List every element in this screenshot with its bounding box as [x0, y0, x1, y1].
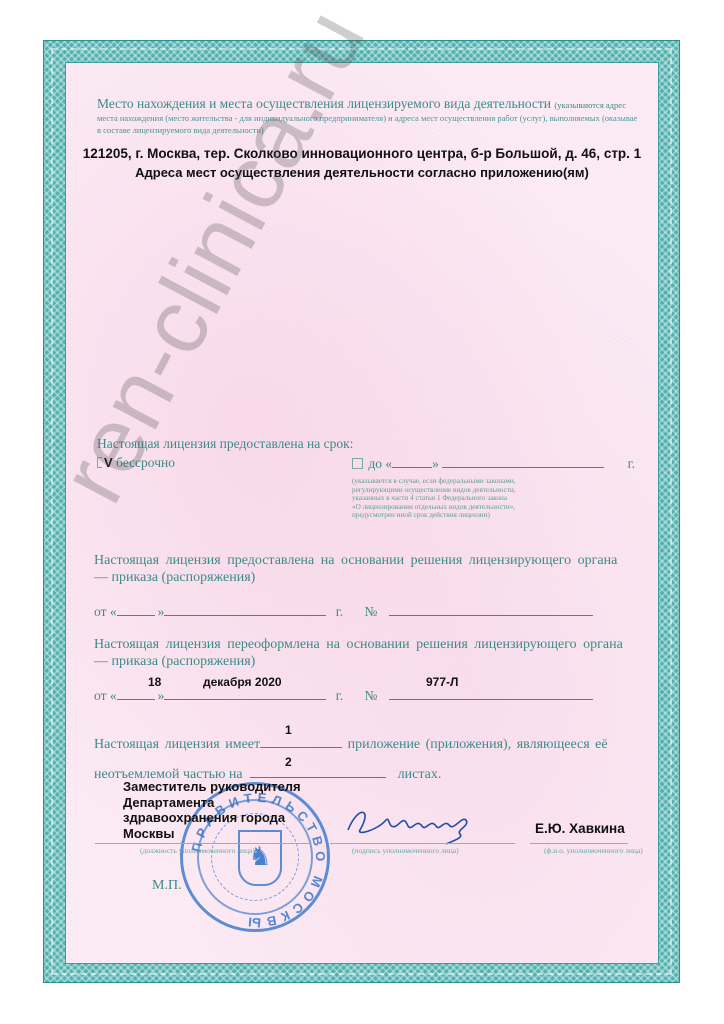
appendix-count-field: [260, 735, 342, 748]
sheets-suffix: листах.: [398, 767, 442, 782]
signer-position-line: Департамента: [123, 795, 301, 811]
from-mid: »: [158, 688, 165, 703]
until-note: (указывается в случае, если федеральными…: [352, 477, 516, 520]
signer-position-line: Москвы: [123, 826, 301, 842]
unlimited-checkbox: [97, 457, 102, 468]
location-heading-block: Место нахождения и места осуществления л…: [97, 96, 627, 113]
reissue-basis-line2: — приказа (распоряжения): [94, 654, 255, 670]
location-note-line-2: места нахождения (место жительства - для…: [97, 112, 637, 124]
unlimited-label: бессрочно: [116, 455, 175, 470]
number-prefix: №: [365, 688, 378, 703]
until-note-line: регулирующими осуществление видов деятел…: [352, 486, 516, 495]
appendix-line1: Настоящая лицензия имеет приложение (при…: [94, 735, 634, 753]
from-mid: »: [158, 604, 165, 619]
until-mid: »: [432, 456, 439, 471]
year-suffix: г.: [336, 604, 343, 619]
signature-line: [330, 843, 515, 844]
caption-name: (ф.и.о. уполномоченного лица): [544, 846, 643, 855]
sheet-count-field: [250, 765, 386, 778]
seal-label: М.П.: [152, 878, 182, 894]
until-date-field: [442, 455, 604, 468]
until-day-field: [392, 455, 432, 468]
year-suffix: г.: [336, 688, 343, 703]
term-until-option: до «» г.: [352, 455, 635, 472]
grant-basis-line2: — приказа (распоряжения): [94, 570, 255, 586]
signer-position-line: здравоохранения города: [123, 810, 301, 826]
signer-position-line: Заместитель руководителя: [123, 779, 301, 795]
from-prefix: от «: [94, 688, 117, 703]
reissue-number-field: [389, 687, 593, 700]
until-note-line: указанных в части 4 статьи 1 Федеральног…: [352, 494, 516, 503]
unlimited-check-mark: V: [104, 455, 113, 470]
location-heading-note: (указываются адрес: [554, 100, 626, 110]
caption-signature: (подпись уполномоченного лица): [352, 846, 459, 855]
handwritten-signature: [338, 800, 488, 845]
grant-number-field: [389, 603, 593, 616]
name-signature-line: [530, 843, 628, 844]
signer-name: Е.Ю. Хавкина: [535, 821, 625, 836]
grant-month-year-field: [164, 603, 326, 616]
caption-position: (должность уполномоченного лица): [140, 846, 255, 855]
number-prefix: №: [365, 604, 378, 619]
addresses-note: Адреса мест осуществления деятельности с…: [0, 165, 724, 180]
appendix-prefix: Настоящая лицензия имеет: [94, 737, 260, 752]
location-heading: Место нахождения и места осуществления л…: [97, 96, 551, 111]
until-checkbox: [352, 458, 363, 469]
position-signature-line: [95, 843, 310, 844]
reissue-month-year-field: [164, 687, 326, 700]
license-address: 121205, г. Москва, тер. Сколково инновац…: [0, 146, 724, 161]
until-note-line: «О лицензировании отдельных видов деятел…: [352, 503, 516, 512]
reissue-basis-line1: Настоящая лицензия переоформлена на осно…: [94, 637, 634, 653]
signer-position: Заместитель руководителя Департамента зд…: [123, 779, 301, 841]
until-prefix: до «: [368, 456, 392, 471]
grant-basis-date-row: от «» г. №: [94, 603, 593, 620]
reissue-basis-date-row: от «» г. №: [94, 687, 593, 704]
grant-basis-line1: Настоящая лицензия предоставлена на осно…: [94, 553, 634, 569]
until-suffix: г.: [628, 456, 635, 471]
until-note-line: предусмотрен иной срок действия лицензии…: [352, 511, 516, 520]
until-note-line: (указывается в случае, если федеральными…: [352, 477, 516, 486]
reissue-day-field: [117, 687, 155, 700]
grant-day-field: [117, 603, 155, 616]
location-note-line-3: в составе лицензируемого вида деятельнос…: [97, 124, 264, 136]
term-unlimited-option: V бессрочно: [97, 455, 175, 471]
appendix-suffix: приложение (приложения), являющееся её: [348, 737, 608, 752]
term-label: Настоящая лицензия предоставлена на срок…: [97, 436, 353, 452]
from-prefix: от «: [94, 604, 117, 619]
